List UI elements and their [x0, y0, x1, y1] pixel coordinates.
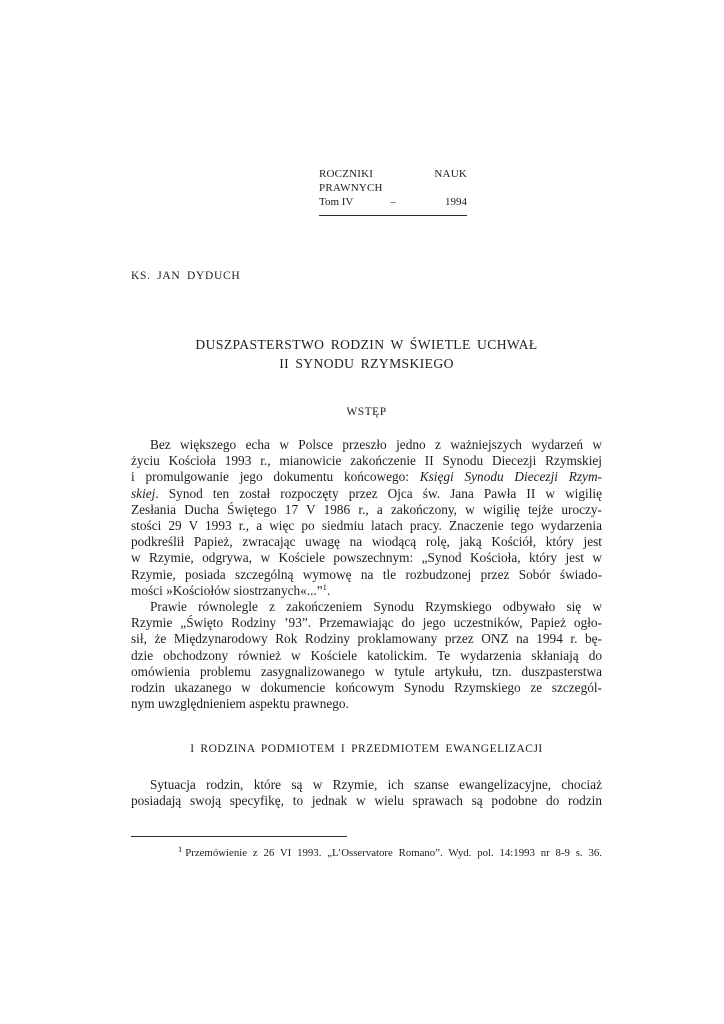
text-segment-italic: skiej	[131, 486, 155, 501]
text-line: nym uwzględnieniem aspektu prawnego.	[131, 696, 602, 712]
article-title: DUSZPASTERSTWO RODZIN W ŚWIETLE UCHWAŁ I…	[131, 336, 602, 373]
text-line: dzie obchodzony również w Kościele katol…	[131, 648, 602, 664]
journal-name: ROCZNIKI NAUK PRAWNYCH	[319, 168, 467, 195]
text-line: sił, że Międzynarodowy Rok Rodziny prokl…	[131, 631, 602, 647]
section-heading-intro: WSTĘP	[131, 406, 602, 418]
text-segment: i promulgowanie jego dokumentu końcowego…	[131, 469, 420, 484]
journal-year: 1994	[396, 196, 467, 210]
text-line: skiej. Synod ten został rozpoczęty przez…	[131, 486, 602, 502]
text-line: posiadają swoją specyfikę, to jednak w w…	[131, 793, 602, 809]
text-segment: . Synod ten został rozpoczęty przez Ojca…	[155, 486, 602, 501]
text-line: Sytuacja rodzin, które są w Rzymie, ich …	[131, 777, 602, 793]
journal-volume: Tom IV	[319, 196, 390, 210]
text-line: życiu Kościoła 1993 r., mianowicie zakoń…	[131, 453, 602, 469]
text-segment: mości »Kościołów siostrzanych«...”	[131, 583, 323, 598]
article-title-line1: DUSZPASTERSTWO RODZIN W ŚWIETLE UCHWAŁ	[131, 336, 602, 355]
footnote: 1Przemówienie z 26 VI 1993. „L’Osservato…	[131, 847, 602, 861]
text-segment: .	[327, 583, 330, 598]
footnote-separator-rule	[131, 836, 347, 837]
text-line: podkreślił Papież, zwracając uwagę na wi…	[131, 534, 602, 550]
footnote-text: Przemówienie z 26 VI 1993. „L’Osservator…	[185, 847, 602, 859]
text-line: Bez większego echa w Polsce przeszło jed…	[131, 437, 602, 453]
text-line: mości »Kościołów siostrzanych«...”1.	[131, 583, 602, 599]
article-title-line2: II SYNODU RZYMSKIEGO	[131, 355, 602, 374]
text-line: w Rzymie, odgrywa, w Kościele powszechny…	[131, 550, 602, 566]
text-line: Rzymie „Święto Rodziny ’93”. Przemawiają…	[131, 615, 602, 631]
header-rule	[319, 215, 467, 216]
text-line: rodzin ukazanego w dokumencie końcowym S…	[131, 680, 602, 696]
body-text-block: Sytuacja rodzin, które są w Rzymie, ich …	[131, 777, 602, 809]
text-line: i promulgowanie jego dokumentu końcowego…	[131, 469, 602, 485]
footnote-marker: 1	[178, 844, 182, 854]
section-heading-1: I RODZINA PODMIOTEM I PRZEDMIOTEM EWANGE…	[131, 743, 602, 755]
text-line: omówienia problemu zasygnalizowanego w t…	[131, 664, 602, 680]
text-line: Zesłania Ducha Świętego 17 V 1986 r., a …	[131, 502, 602, 518]
journal-header: ROCZNIKI NAUK PRAWNYCH Tom IV – 1994	[319, 168, 467, 221]
text-segment-italic: Księgi Synodu Diecezji Rzym-	[420, 469, 602, 484]
document-page: ROCZNIKI NAUK PRAWNYCH Tom IV – 1994 KS.…	[0, 0, 724, 1024]
journal-volume-line: Tom IV – 1994	[319, 196, 467, 210]
author-name: KS. JAN DYDUCH	[131, 270, 240, 282]
body-text-block: Bez większego echa w Polsce przeszło jed…	[131, 437, 602, 712]
text-line: Prawie równolegle z zakończeniem Synodu …	[131, 599, 602, 615]
footnote-reference: 1	[323, 582, 327, 592]
text-line: Rzymie, posiada szczególną wymowę na tle…	[131, 567, 602, 583]
text-line: stości 29 V 1993 r., a więc po siedmiu l…	[131, 518, 602, 534]
